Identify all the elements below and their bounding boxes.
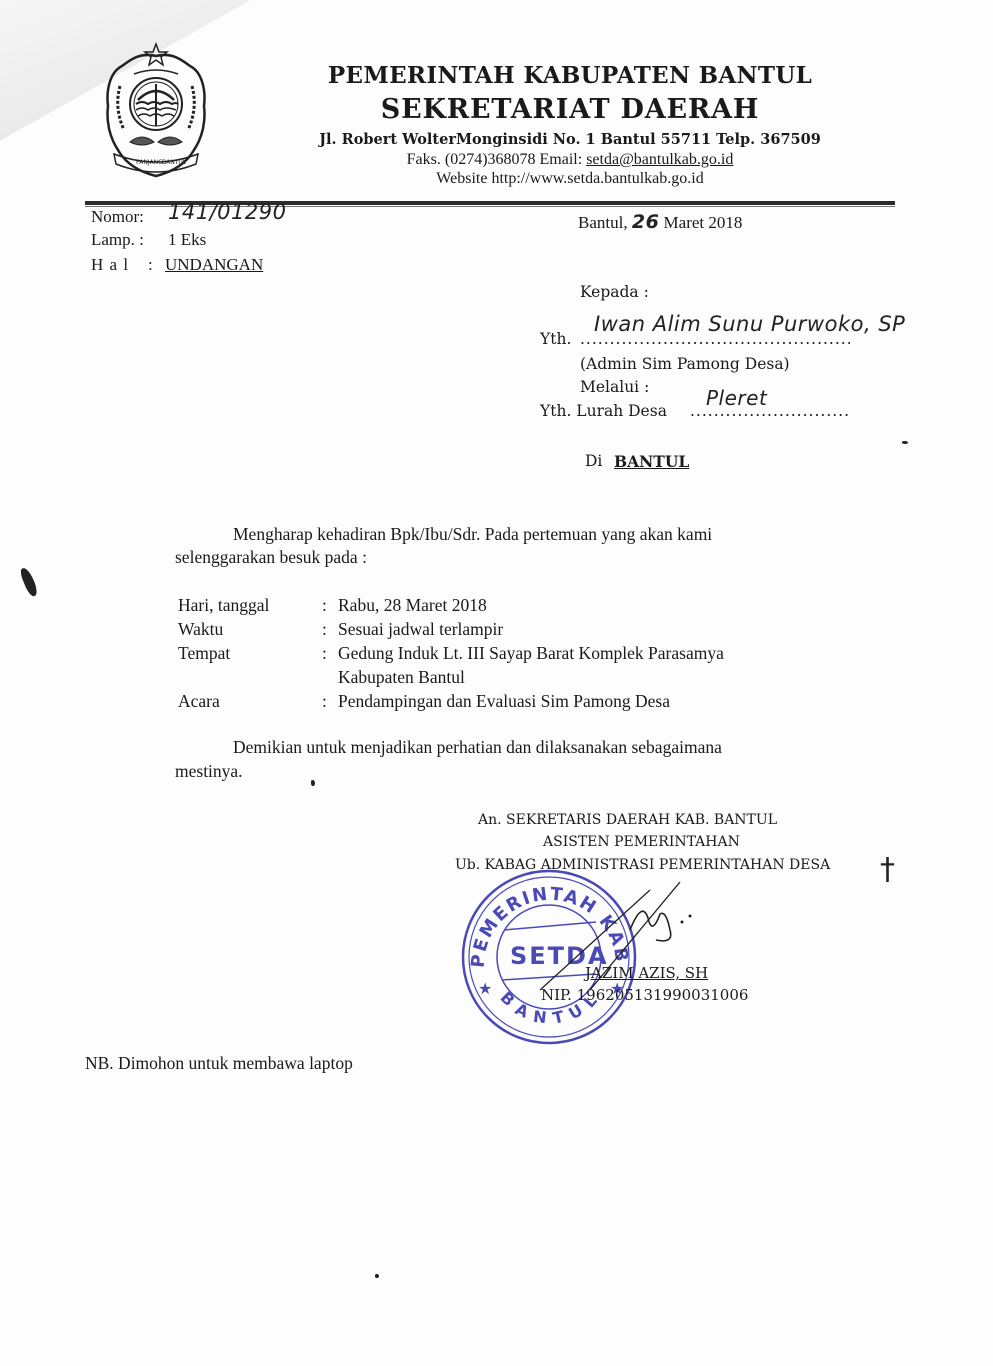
scan-mark	[902, 441, 908, 444]
detail-label-place: Tempat	[178, 643, 230, 664]
detail-value-place-line2: Kabupaten Bantul	[338, 667, 465, 688]
letterhead-address: Jl. Robert WolterMonginsidi No. 1 Bantul…	[250, 131, 890, 148]
nomor-value-handwritten: 141/01290	[168, 200, 286, 224]
melalui-label: Melalui :	[580, 378, 649, 396]
paraf-mark: †	[880, 852, 896, 887]
letterhead-government-name: PEMERINTAH KABUPATEN BANTUL	[250, 62, 890, 89]
detail-colon: :	[322, 643, 327, 664]
scan-mark	[375, 1274, 379, 1278]
di-label: Di	[585, 452, 602, 470]
signature-line-1: An. SEKRETARIS DAERAH KAB. BANTUL	[478, 812, 777, 828]
detail-label-time: Waktu	[178, 619, 223, 640]
letterhead-email-link[interactable]: setda@bantulkab.go.id	[586, 151, 733, 168]
scan-mark	[19, 566, 40, 598]
closing-line-2: mestinya.	[175, 761, 243, 782]
signatory-nip: NIP. 196205131990031006	[541, 986, 748, 1004]
closing-line-1: Demikian untuk menjadikan perhatian dan …	[233, 737, 722, 758]
footnote: NB. Dimohon untuk membawa laptop	[85, 1053, 353, 1074]
place-prefix: Bantul,	[578, 213, 628, 232]
lamp-label: Lamp. :	[91, 230, 144, 250]
letterhead-fax-email: Faks. (0274)368078 Email: setda@bantulka…	[250, 151, 890, 169]
intro-line-1: Mengharap kehadiran Bpk/Ibu/Sdr. Pada pe…	[233, 524, 712, 545]
letterhead-fax: Faks. (0274)368078 Email:	[407, 151, 587, 168]
detail-value-place: Gedung Induk Lt. III Sayap Barat Komplek…	[338, 643, 724, 664]
letterhead-website: Website http://www.setda.bantulkab.go.id	[250, 170, 890, 188]
lurah-desa-label: Yth. Lurah Desa	[540, 402, 667, 420]
yth-label-1: Yth.	[540, 330, 571, 348]
detail-colon: :	[322, 619, 327, 640]
date-month-year: Maret 2018	[664, 213, 743, 232]
detail-value-agenda: Pendampingan dan Evaluasi Sim Pamong Des…	[338, 691, 670, 712]
hal-colon: :	[148, 255, 153, 275]
lamp-value: 1 Eks	[168, 230, 206, 250]
svg-text:PANJANG: PANJANG	[136, 159, 163, 166]
detail-label-agenda: Acara	[178, 691, 220, 712]
detail-value-time: Sesuai jadwal terlampir	[338, 619, 503, 640]
scan-mark	[311, 780, 315, 786]
detail-label-date: Hari, tanggal	[178, 595, 269, 616]
hal-label: H a l	[91, 255, 129, 275]
desa-name-handwritten: Pleret	[706, 386, 767, 410]
recipient-city: BANTUL	[614, 452, 689, 471]
kabupaten-bantul-emblem-icon: PANJANG BANTUL	[100, 42, 212, 182]
letterhead-office-name: SEKRETARIAT DAERAH	[250, 94, 890, 125]
hal-value: UNDANGAN	[165, 255, 263, 275]
signature-line-2: ASISTEN PEMERINTAHAN	[543, 834, 740, 850]
date-day-handwritten: 26	[632, 211, 659, 233]
detail-colon: :	[322, 595, 327, 616]
recipient-name-handwritten: Iwan Alim Sunu Purwoko, SP	[594, 312, 905, 336]
svg-text:BANTUL: BANTUL	[162, 159, 187, 166]
svg-text:★: ★	[478, 979, 492, 998]
nomor-label: Nomor:	[91, 207, 144, 227]
recipient-role: (Admin Sim Pamong Desa)	[580, 355, 790, 373]
place-date: Bantul, 26 Maret 2018	[578, 211, 742, 233]
signatory-name: JAZIM AZIS, SH	[585, 964, 708, 982]
intro-line-2: selenggarakan besuk pada :	[175, 547, 367, 568]
detail-colon: :	[322, 691, 327, 712]
kepada-label: Kepada :	[580, 283, 649, 301]
detail-value-date: Rabu, 28 Maret 2018	[338, 595, 487, 616]
